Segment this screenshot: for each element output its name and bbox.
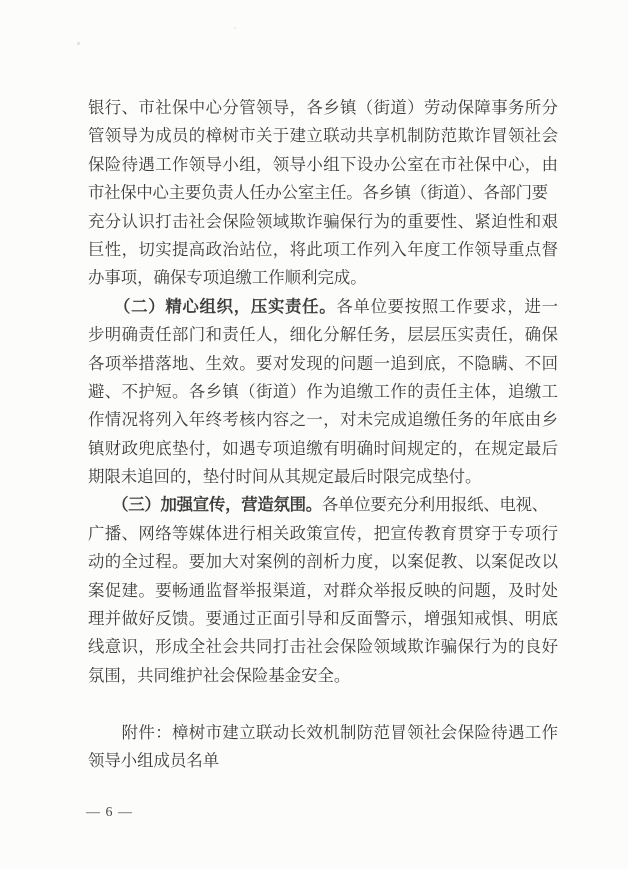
paragraph-continuation: 银行、市社保中心分管领导，各乡镇（街道）劳动保障事务所分管领导为成员的樟树市关于… <box>88 94 558 293</box>
scan-speck <box>77 42 80 45</box>
scan-speck <box>234 27 236 29</box>
text-line: 保险待遇工作领导小组，领导小组下设办公室在市社保中心，由 <box>88 151 558 179</box>
text-line: 市社保中心主要负责人任办公室主任。各乡镇（街道）、各部门要 <box>88 179 558 207</box>
scanned-document-page: 银行、市社保中心分管领导，各乡镇（街道）劳动保障事务所分管领导为成员的樟树市关于… <box>0 0 628 870</box>
paragraph-section-3: （三）加强宣传，营造氛围。各单位要充分利用报纸、电视、广播、网络等媒体进行相关政… <box>88 491 558 690</box>
text-line: 线意识，形成全社会共同打击社会保险领域欺诈骗保行为的良好 <box>88 633 558 661</box>
text-line: 巨性，切实提高政治站位，将此项工作列入年度工作领导重点督 <box>88 236 558 264</box>
text-line: 避、不护短。各乡镇（街道）作为追缴工作的责任主体，追缴工 <box>88 378 558 406</box>
text-line: 广播、网络等媒体进行相关政策宣传，把宣传教育贯穿于专项行 <box>88 520 558 548</box>
text-line: 步明确责任部门和责任人，细化分解任务，层层压实责任，确保 <box>88 321 558 349</box>
text-line: （二）精心组织，压实责任。各单位要按照工作要求，进一 <box>88 293 558 321</box>
text-line: 管领导为成员的樟树市关于建立联动共享机制防范欺诈冒领社会 <box>88 122 558 150</box>
text-line: 案促建。要畅通监督举报渠道，对群众举报反映的问题，及时处 <box>88 577 558 605</box>
text-line: 办事项，确保专项追缴工作顺利完成。 <box>88 264 558 292</box>
text-line: 各项举措落地、生效。要对发现的问题一追到底，不隐瞒、不回 <box>88 350 558 378</box>
paragraph-section-2: （二）精心组织，压实责任。各单位要按照工作要求，进一步明确责任部门和责任人，细化… <box>88 293 558 492</box>
text-line: 动的全过程。要加大对案例的剖析力度，以案促教、以案促改以 <box>88 548 558 576</box>
text-line: 氛围，共同维护社会保险基金安全。 <box>88 662 558 690</box>
text-line: 银行、市社保中心分管领导，各乡镇（街道）劳动保障事务所分 <box>88 94 558 122</box>
page-number: — 6 — <box>86 805 133 821</box>
text-line: 镇财政兜底垫付，如遇专项追缴有明确时间规定的，在规定最后 <box>88 435 558 463</box>
text-line: 理并做好反馈。要通过正面引导和反面警示，增强知戒惧、明底 <box>88 605 558 633</box>
text-line: （三）加强宣传，营造氛围。各单位要充分利用报纸、电视、 <box>88 491 558 519</box>
text-line: 充分认识打击社会保险领域欺诈骗保行为的重要性、紧迫性和艰 <box>88 208 558 236</box>
attachment-note: 附件：樟树市建立联动长效机制防范冒领社会保险待遇工作领导小组成员名单 <box>88 719 558 776</box>
blank-line <box>88 690 558 718</box>
text-line: 附件：樟树市建立联动长效机制防范冒领社会保险待遇工作 <box>88 719 558 747</box>
text-line: 期限未追回的，垫付时间从其规定最后时限完成垫付。 <box>88 463 558 491</box>
text-line: 作情况将列入年终考核内容之一，对未完成追缴任务的年底由乡 <box>88 406 558 434</box>
document-text: 银行、市社保中心分管领导，各乡镇（街道）劳动保障事务所分管领导为成员的樟树市关于… <box>88 94 558 775</box>
text-line: 领导小组成员名单 <box>88 747 558 775</box>
